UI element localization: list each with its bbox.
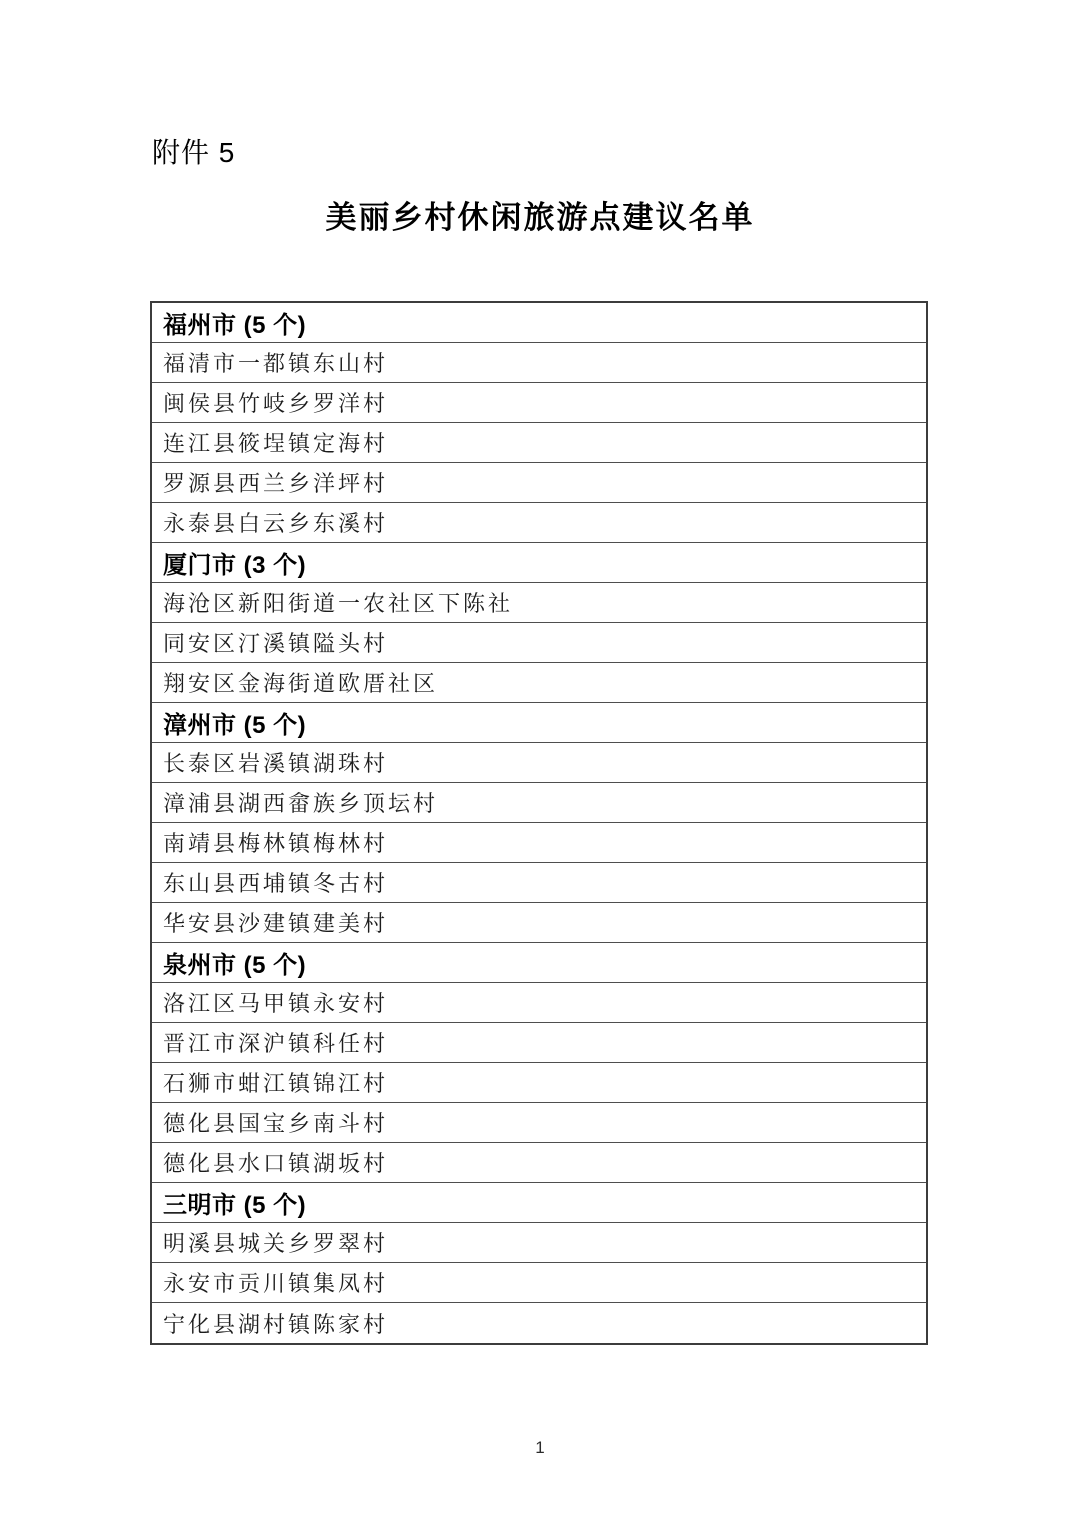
- village-row: 德化县国宝乡南斗村: [152, 1103, 926, 1143]
- village-row: 漳浦县湖西畲族乡顶坛村: [152, 783, 926, 823]
- village-row: 南靖县梅林镇梅林村: [152, 823, 926, 863]
- village-row: 明溪县城关乡罗翠村: [152, 1223, 926, 1263]
- city-header-row: 三明市 (5 个): [152, 1183, 926, 1223]
- attachment-label: 附件 5: [152, 131, 235, 171]
- village-row: 晋江市深沪镇科任村: [152, 1023, 926, 1063]
- village-row: 福清市一都镇东山村: [152, 343, 926, 383]
- village-row: 华安县沙建镇建美村: [152, 903, 926, 943]
- document-page: 附件 5 美丽乡村休闲旅游点建议名单 福州市 (5 个)福清市一都镇东山村闽侯县…: [0, 0, 1080, 1527]
- village-row: 永安市贡川镇集凤村: [152, 1263, 926, 1303]
- page-title: 美丽乡村休闲旅游点建议名单: [0, 192, 1080, 237]
- village-row: 德化县水口镇湖坂村: [152, 1143, 926, 1183]
- city-header-row: 泉州市 (5 个): [152, 943, 926, 983]
- village-row: 长泰区岩溪镇湖珠村: [152, 743, 926, 783]
- village-row: 连江县筱埕镇定海村: [152, 423, 926, 463]
- village-row: 东山县西埔镇冬古村: [152, 863, 926, 903]
- village-row: 翔安区金海街道欧厝社区: [152, 663, 926, 703]
- village-row: 罗源县西兰乡洋坪村: [152, 463, 926, 503]
- village-row: 永泰县白云乡东溪村: [152, 503, 926, 543]
- city-header-row: 厦门市 (3 个): [152, 543, 926, 583]
- village-row: 闽侯县竹岐乡罗洋村: [152, 383, 926, 423]
- village-row: 洛江区马甲镇永安村: [152, 983, 926, 1023]
- city-header-row: 福州市 (5 个): [152, 303, 926, 343]
- city-header-row: 漳州市 (5 个): [152, 703, 926, 743]
- village-row: 宁化县湖村镇陈家村: [152, 1303, 926, 1343]
- village-table: 福州市 (5 个)福清市一都镇东山村闽侯县竹岐乡罗洋村连江县筱埕镇定海村罗源县西…: [150, 301, 928, 1345]
- village-row: 石狮市蚶江镇锦江村: [152, 1063, 926, 1103]
- page-number: 1: [0, 1438, 1080, 1458]
- village-row: 同安区汀溪镇隘头村: [152, 623, 926, 663]
- village-row: 海沧区新阳街道一农社区下陈社: [152, 583, 926, 623]
